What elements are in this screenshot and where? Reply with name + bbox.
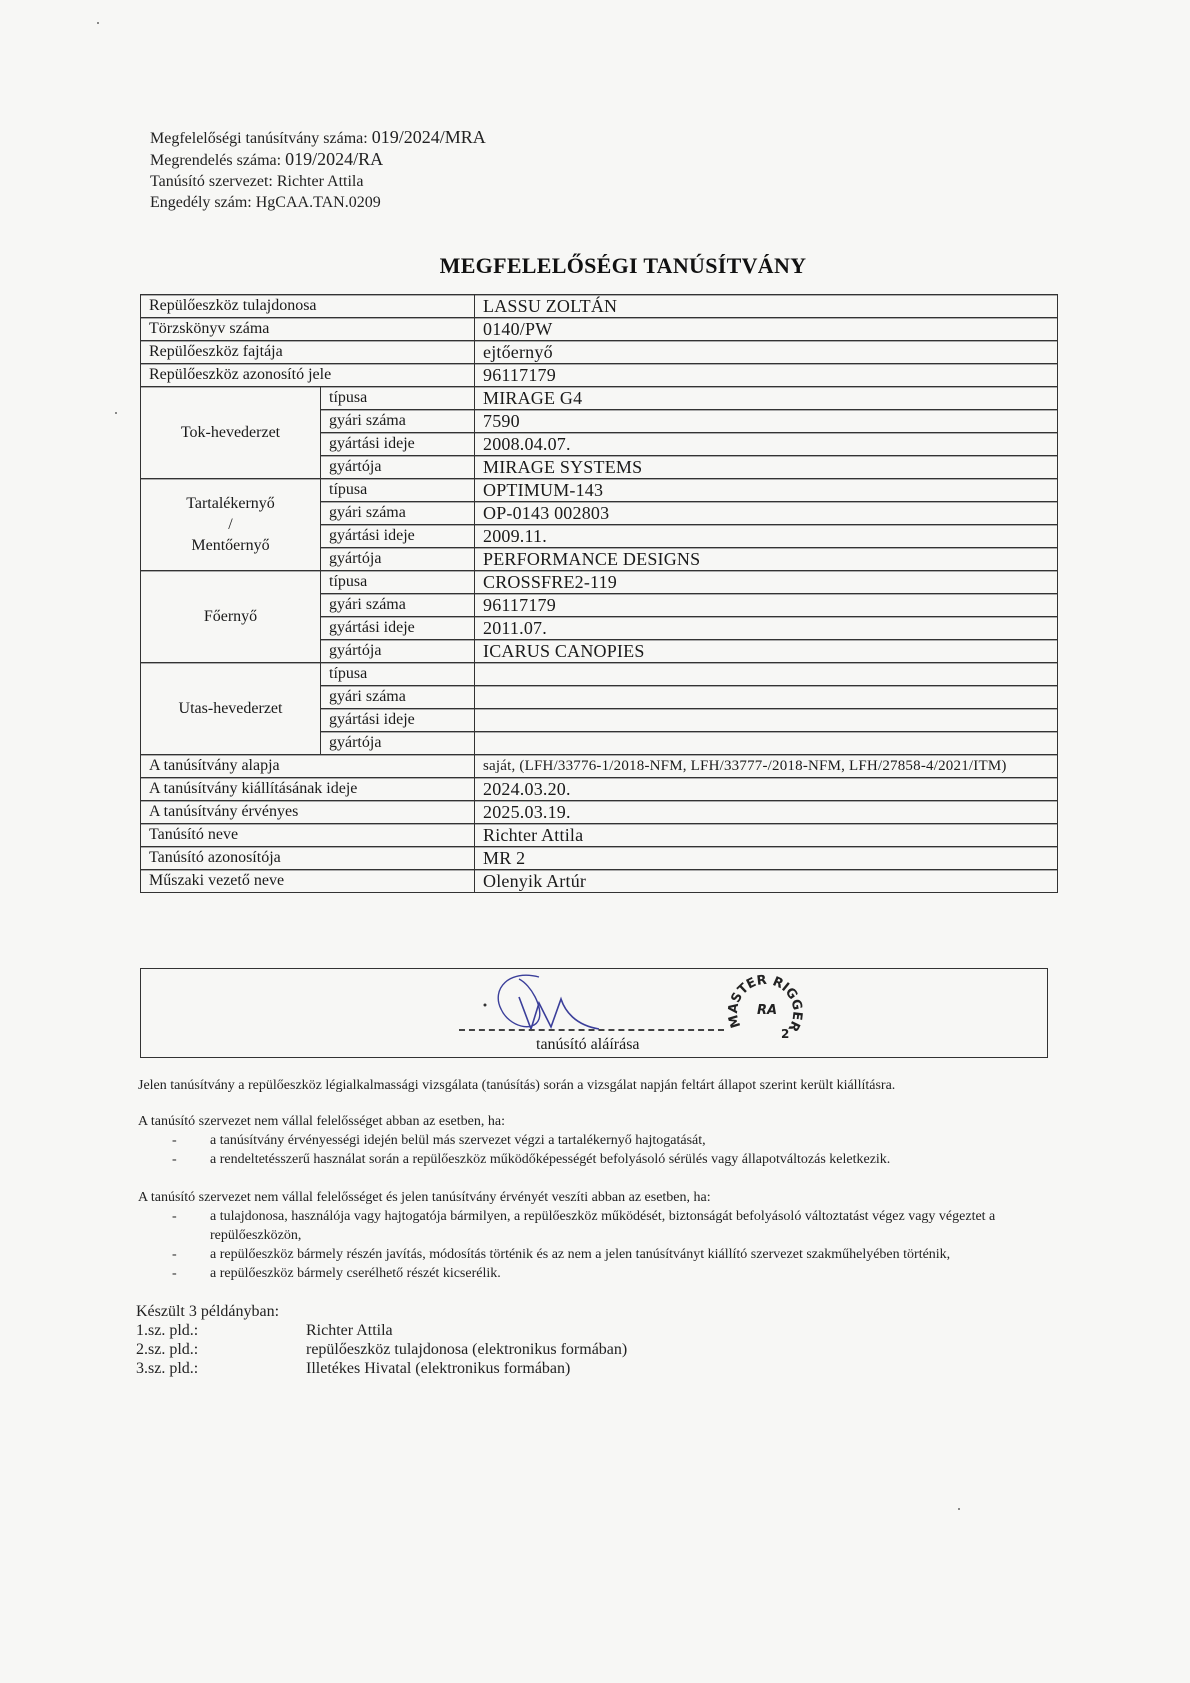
sub-label: gyártási ideje (321, 433, 475, 456)
row-value: ejtőernyő (475, 341, 1058, 364)
copy-row: 2.sz. pld.:repülőeszköz tulajdonosa (ele… (136, 1340, 627, 1359)
sub-label: gyári száma (321, 502, 475, 525)
row-value (475, 686, 1058, 709)
svg-text:RA: RA (757, 1003, 777, 1018)
signature-box: tanúsító aláírása MASTER RIGGER RA 2 (140, 968, 1048, 1058)
svg-text:2: 2 (781, 1027, 789, 1041)
row-value: CROSSFRE2-119 (475, 571, 1058, 594)
copy-key: 3.sz. pld.: (136, 1359, 306, 1378)
copy-recipient: Richter Attila (306, 1321, 393, 1340)
row-value: 2008.04.07. (475, 433, 1058, 456)
copies-section: Készült 3 példányban: 1.sz. pld.:Richter… (136, 1302, 627, 1378)
row-value: 2025.03.19. (475, 801, 1058, 824)
org-line: Tanúsító szervezet: Richter Attila (150, 171, 486, 192)
group-label: Tok-hevederzet (141, 387, 321, 479)
list-item: a rendeltetésszerű használat során a rep… (138, 1150, 1078, 1169)
row-label: A tanúsítvány kiállításának ideje (141, 778, 475, 801)
disclaimer-1: A tanúsító szervezet nem vállal felelőss… (138, 1112, 1078, 1169)
row-value: 2009.11. (475, 525, 1058, 548)
sub-label: gyártója (321, 456, 475, 479)
row-label: Tanúsító neve (141, 824, 475, 847)
group-label: Főernyő (141, 571, 321, 663)
signature-line (459, 1029, 724, 1031)
row-value: PERFORMANCE DESIGNS (475, 548, 1058, 571)
copy-row: 3.sz. pld.:Illetékes Hivatal (elektronik… (136, 1359, 627, 1378)
disclaimer-2: A tanúsító szervezet nem vállal felelőss… (138, 1188, 1078, 1283)
row-value: OP-0143 002803 (475, 502, 1058, 525)
sub-label: gyári száma (321, 686, 475, 709)
row-label: Repülőeszköz azonosító jele (141, 364, 475, 387)
permit-number: HgCAA.TAN.0209 (256, 194, 381, 211)
row-value (475, 663, 1058, 686)
row-value: 0140/PW (475, 318, 1058, 341)
row-value: 2024.03.20. (475, 778, 1058, 801)
row-value: MIRAGE G4 (475, 387, 1058, 410)
master-rigger-stamp-icon: MASTER RIGGER RA 2 (721, 974, 811, 1044)
document-title: MEGFELELŐSÉGI TANÚSÍTVÁNY (0, 253, 1190, 279)
sub-label: gyári száma (321, 410, 475, 433)
sub-label: gyártója (321, 732, 475, 755)
row-value: 7590 (475, 410, 1058, 433)
table-row: Tanúsító neveRichter Attila (141, 824, 1058, 847)
org-name: Richter Attila (277, 173, 364, 190)
sub-label: gyári száma (321, 594, 475, 617)
order-number: 019/2024/RA (285, 149, 383, 169)
copy-recipient: repülőeszköz tulajdonosa (elektronikus f… (306, 1340, 627, 1359)
row-label: A tanúsítvány érvényes (141, 801, 475, 824)
sub-label: típusa (321, 479, 475, 502)
row-value: MIRAGE SYSTEMS (475, 456, 1058, 479)
row-value: ICARUS CANOPIES (475, 640, 1058, 663)
sub-label: típusa (321, 663, 475, 686)
row-label: Tanúsító azonosítója (141, 847, 475, 870)
row-value (475, 732, 1058, 755)
row-value: saját, (LFH/33776-1/2018-NFM, LFH/33777-… (475, 755, 1058, 778)
table-row: Repülőeszköz azonosító jele96117179 (141, 364, 1058, 387)
list-item: a repülőeszköz bármely cserélhető részét… (138, 1264, 1048, 1283)
list-item: a repülőeszköz bármely részén javítás, m… (138, 1245, 1048, 1264)
sub-label: típusa (321, 387, 475, 410)
row-value: 96117179 (475, 594, 1058, 617)
row-label: Műszaki vezető neve (141, 870, 475, 893)
signature-label: tanúsító aláírása (536, 1036, 640, 1054)
copy-recipient: Illetékes Hivatal (elektronikus formában… (306, 1359, 570, 1378)
table-row: Utas-hevederzettípusa (141, 663, 1058, 686)
row-label: Repülőeszköz tulajdonosa (141, 295, 475, 318)
sub-label: gyártója (321, 548, 475, 571)
row-value: Richter Attila (475, 824, 1058, 847)
sub-label: gyártója (321, 640, 475, 663)
table-row: Repülőeszköz fajtájaejtőernyő (141, 341, 1058, 364)
row-label: Törzskönyv száma (141, 318, 475, 341)
copy-key: 1.sz. pld.: (136, 1321, 306, 1340)
permit-line: Engedély szám: HgCAA.TAN.0209 (150, 192, 486, 213)
group-label: Tartalékernyő/Mentőernyő (141, 479, 321, 571)
table-row: A tanúsítvány érvényes2025.03.19. (141, 801, 1058, 824)
copy-row: 1.sz. pld.:Richter Attila (136, 1321, 627, 1340)
table-row: A tanúsítvány kiállításának ideje2024.03… (141, 778, 1058, 801)
row-label: A tanúsítvány alapja (141, 755, 475, 778)
table-row: A tanúsítvány alapjasaját, (LFH/33776-1/… (141, 755, 1058, 778)
certificate-table: Repülőeszköz tulajdonosaLASSU ZOLTÁNTörz… (140, 294, 1058, 893)
row-value (475, 709, 1058, 732)
row-value: Olenyik Artúr (475, 870, 1058, 893)
table-row: Műszaki vezető neveOlenyik Artúr (141, 870, 1058, 893)
table-row: Repülőeszköz tulajdonosaLASSU ZOLTÁN (141, 295, 1058, 318)
row-label: Repülőeszköz fajtája (141, 341, 475, 364)
sub-label: típusa (321, 571, 475, 594)
list-item: a tanúsítvány érvényességi idején belül … (138, 1131, 1078, 1150)
cert-number: 019/2024/MRA (372, 127, 486, 147)
certificate-header: Megfelelőségi tanúsítvány száma: 019/202… (150, 127, 486, 213)
table-row: Tanúsító azonosítójaMR 2 (141, 847, 1058, 870)
table-row: Törzskönyv száma0140/PW (141, 318, 1058, 341)
group-label: Utas-hevederzet (141, 663, 321, 755)
row-value: OPTIMUM-143 (475, 479, 1058, 502)
order-number-line: Megrendelés száma: 019/2024/RA (150, 149, 486, 171)
statement: Jelen tanúsítvány a repülőeszköz légialk… (138, 1076, 1078, 1095)
row-value: 2011.07. (475, 617, 1058, 640)
row-value: 96117179 (475, 364, 1058, 387)
list-item: a tulajdonosa, használója vagy hajtogató… (138, 1207, 1048, 1245)
sub-label: gyártási ideje (321, 617, 475, 640)
row-value: MR 2 (475, 847, 1058, 870)
cert-number-line: Megfelelőségi tanúsítvány száma: 019/202… (150, 127, 486, 149)
table-row: Tartalékernyő/MentőernyőtípusaOPTIMUM-14… (141, 479, 1058, 502)
sub-label: gyártási ideje (321, 525, 475, 548)
sub-label: gyártási ideje (321, 709, 475, 732)
table-row: Tok-hevederzettípusaMIRAGE G4 (141, 387, 1058, 410)
row-value: LASSU ZOLTÁN (475, 295, 1058, 318)
table-row: FőernyőtípusaCROSSFRE2-119 (141, 571, 1058, 594)
copy-key: 2.sz. pld.: (136, 1340, 306, 1359)
